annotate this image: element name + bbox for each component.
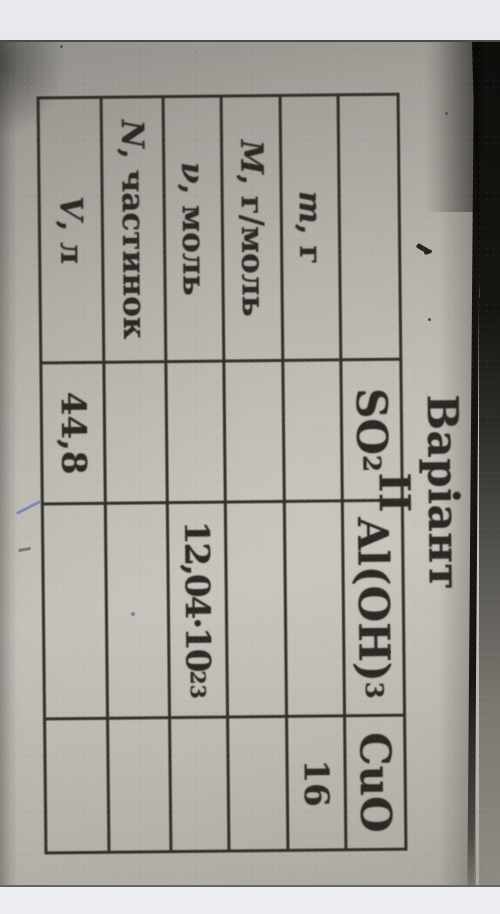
row-label-particles: N, частинок	[100, 98, 165, 364]
scan-margin-bottom	[0, 887, 500, 914]
header-subscript: 3	[360, 682, 389, 699]
left-edge-shadow	[0, 42, 18, 887]
chemistry-table: SO2 Al(OH)3 CuO m, г 16 M, г/моль	[37, 93, 408, 855]
value-cell	[168, 719, 227, 851]
value-cell	[281, 361, 340, 503]
value-cell: 16	[285, 717, 344, 849]
value-cell	[226, 718, 286, 850]
paper-dot	[60, 45, 63, 48]
quantity-unit: , частинок	[115, 148, 153, 340]
blue-ink-dot	[131, 612, 135, 616]
header-text: Al(OH)	[348, 517, 399, 682]
value-cell	[46, 720, 107, 852]
header-subscript: 2	[357, 455, 386, 472]
page-edge-gradient-band	[479, 297, 500, 887]
paper-dot	[428, 318, 431, 321]
paper-dot	[387, 650, 391, 654]
value-cell	[222, 362, 282, 504]
quantity-unit: , л	[53, 220, 89, 264]
header-cell-aloh3: Al(OH)3	[341, 502, 403, 718]
header-text: SO	[347, 388, 397, 455]
header-cell-so2: SO2	[339, 361, 400, 503]
header-cell-empty	[337, 96, 400, 362]
scan-margin-top	[0, 0, 500, 40]
value-cell-particles-count: 12,04·1023	[166, 504, 226, 720]
value-cell	[44, 505, 106, 721]
quantity-unit: , г	[292, 224, 328, 265]
row-label-mass: m, г	[279, 96, 340, 362]
quantity-unit: , моль	[175, 183, 212, 295]
header-cell-cuo: CuO	[343, 717, 404, 849]
row-label-moles: ν, моль	[162, 98, 223, 364]
value-cell-volume-so2: 44,8	[42, 364, 103, 506]
value-cell	[102, 363, 165, 505]
cell-value: 16	[296, 759, 336, 807]
header-text: CuO	[350, 732, 400, 833]
value-cell	[106, 719, 169, 851]
cell-value: 44,8	[53, 392, 94, 475]
value-cell	[164, 363, 223, 505]
quantity-symbol: ν	[175, 162, 211, 184]
right-edge-soft-shadow-top	[425, 42, 475, 212]
quantity-symbol: V	[53, 196, 89, 220]
quantity-symbol: m	[292, 191, 328, 224]
value-cell	[224, 503, 285, 719]
value-cell	[104, 504, 168, 720]
quantity-unit: , г/моль	[233, 174, 270, 317]
paper-dot	[445, 112, 448, 115]
quantity-symbol: N	[114, 120, 150, 149]
quantity-symbol: M	[233, 140, 269, 175]
page-photo: Варіант II SO2 Al(OH)3 CuO m, г	[0, 40, 500, 887]
screenshot-root: Варіант II SO2 Al(OH)3 CuO m, г	[0, 0, 500, 914]
row-label-molar-mass: M, г/моль	[220, 97, 282, 363]
value-cell	[283, 502, 343, 718]
cell-superscript: 23	[186, 670, 210, 699]
cell-value: 12,04·10	[177, 521, 219, 671]
